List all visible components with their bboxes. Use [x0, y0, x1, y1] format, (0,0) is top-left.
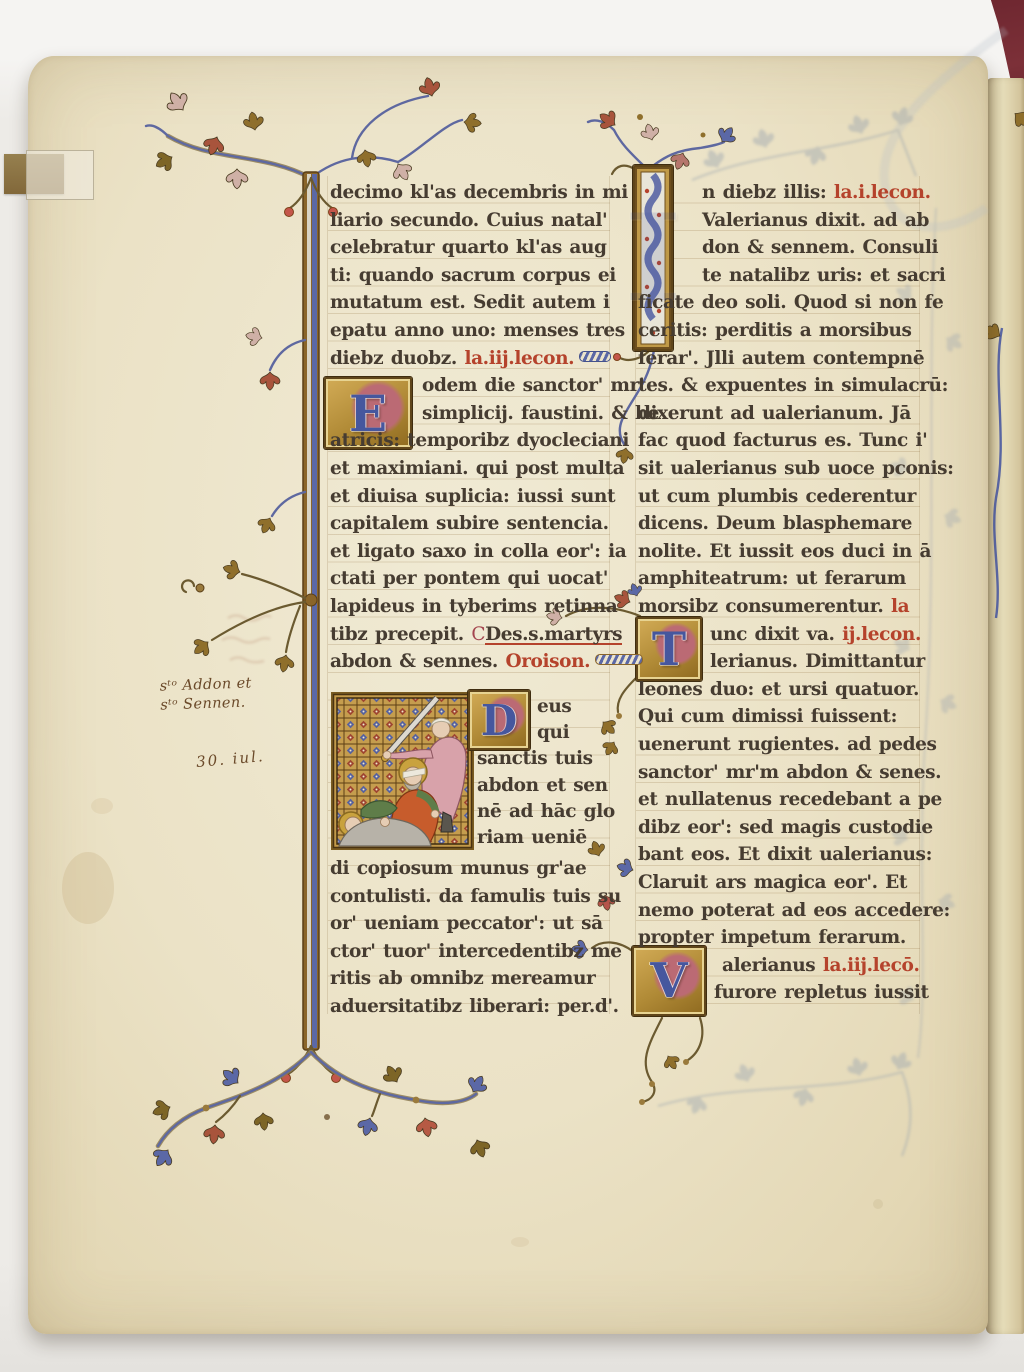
body-text: sanctor' mr'm abdon & senes. [638, 762, 941, 783]
text-line: lapideus in tyberims retinna [330, 594, 617, 621]
text-line: qui [477, 720, 569, 747]
body-text: odem die sanctor' mr' [422, 375, 644, 396]
text-line: sanctor' mr'm abdon & senes. [638, 760, 941, 787]
text-line: ritis ab omnibz mereamur [330, 966, 595, 993]
text-line: riam ueniē [477, 825, 587, 852]
body-text: tes. & expuentes in simulacrū: [638, 375, 948, 396]
text-line: ut cum plumbis cederentur [638, 484, 916, 511]
body-text: nē ad hāc glo [477, 801, 615, 822]
rubric-text: la.i.lecon. [834, 182, 931, 203]
text-line: don & sennem. Consuli [638, 235, 938, 262]
body-text: dixerunt ad ualerianum. Jā [638, 403, 911, 424]
body-text: lapideus in tyberims retinna [330, 596, 617, 617]
line-filler [595, 654, 643, 665]
rubric-text: la [891, 596, 909, 617]
text-line: ctati per pontem qui uocat' [330, 566, 608, 593]
body-text: Valerianus dixit. ad ab [702, 210, 929, 231]
body-text: don & sennem. Consuli [702, 237, 938, 258]
body-text: simplicij. faustini. & be [422, 403, 659, 424]
rubric-text: la.iij.lecō. [823, 955, 920, 976]
body-text: uenerunt rugientes. ad pedes [638, 734, 937, 755]
body-text: abdon & sennes. [330, 651, 506, 672]
text-line: abdon et sen [477, 773, 608, 800]
line-filler [579, 351, 611, 362]
body-text: or' ueniam peccator': ut sā [330, 913, 603, 934]
text-line: ferar'. Jlli autem contempnē [638, 346, 924, 373]
body-text: leones duo: et ursi quatuor. [638, 679, 919, 700]
body-text: ritis ab omnibz mereamur [330, 968, 595, 989]
body-text: diebz duobz. [330, 348, 464, 369]
body-text: aduersitatibz liberari: per.d'. [330, 996, 619, 1017]
text-line: te natalibz uris: et sacri [638, 263, 945, 290]
text-line: uenerunt rugientes. ad pedes [638, 732, 937, 759]
body-text: ti: quando sacrum corpus ei [330, 265, 616, 286]
text-line: diebz duobz. la.iij.lecon. [330, 346, 611, 373]
text-line: aduersitatibz liberari: per.d'. [330, 994, 619, 1021]
miniature-martyrdom-abdon-sennen [331, 692, 474, 850]
text-line: nolite. Et iussit eos duci in ā [638, 539, 931, 566]
text-line: capitalem subire sentencia. [330, 511, 609, 538]
text-line: di copiosum munus gr'ae [330, 856, 586, 883]
text-line: nē ad hāc glo [477, 799, 615, 826]
text-line: decimo kl'as decembris in mi [330, 180, 628, 207]
body-text: tibz precepit. [330, 624, 471, 645]
text-line: dicens. Deum blasphemare [638, 511, 912, 538]
text-line: abdon & sennes. Oroison. [330, 649, 643, 676]
text-line: simplicij. faustini. & be [330, 401, 659, 428]
text-line: ti: quando sacrum corpus ei [330, 263, 616, 290]
body-text: te natalibz uris: et sacri [702, 265, 945, 286]
body-text: ut cum plumbis cederentur [638, 486, 916, 507]
text-line: atricis: temporibz dyocleciani [330, 428, 629, 455]
left-text-column-lower: di copiosum munus gr'aecontulisti. da fa… [330, 856, 610, 1026]
body-text: nemo poterat ad eos accedere: [638, 900, 950, 921]
text-line: dibz eor': sed magis custodie [638, 815, 933, 842]
rubric-text: Oroison. [506, 651, 591, 672]
body-text: decimo kl'as decembris in mi [330, 182, 628, 203]
body-text: qui [537, 722, 569, 743]
body-text: abdon et sen [477, 775, 608, 796]
body-text: amphiteatrum: ut ferarum [638, 568, 906, 589]
body-text: et maximiani. qui post multa [330, 458, 624, 479]
body-text: sit ualerianus sub uoce pconis: [638, 458, 954, 479]
next-page-edge [986, 78, 1024, 1334]
text-line: Claruit ars magica eor'. Et [638, 870, 907, 897]
body-text: capitalem subire sentencia. [330, 513, 609, 534]
body-text: lerianus. Dimittantur [710, 651, 925, 672]
marginal-note-saints: sᵗᵒ Addon et sᵗᵒ Sennen. [159, 674, 252, 715]
text-line: propter impetum ferarum. [638, 925, 906, 952]
text-line: leones duo: et ursi quatuor. [638, 677, 919, 704]
manuscript-photo: .stem{fill:none;stroke:#5e68a0;stroke-wi… [0, 0, 1024, 1372]
body-text: et ligato saxo in colla eor': ia [330, 541, 626, 562]
text-line: eus [477, 694, 571, 721]
bookmark-tab [0, 146, 94, 204]
body-text: dibz eor': sed magis custodie [638, 817, 933, 838]
text-line: Qui cum dimissi fuissent: [638, 704, 897, 731]
text-line: odem die sanctor' mr' [330, 373, 644, 400]
body-text: morsibz consumerentur. [638, 596, 891, 617]
ruling-vertical [327, 176, 328, 1014]
left-text-beside-miniature: eusquisanctis tuisabdon et sennē ad hāc … [477, 694, 609, 854]
text-line: bant eos. Et dixit ualerianus: [638, 842, 932, 869]
text-line: dixerunt ad ualerianum. Jā [638, 401, 911, 428]
text-line: unc dixit va. ij.lecon. [638, 622, 921, 649]
marginal-note-line: sᵗᵒ Sennen. [160, 693, 253, 715]
text-line: et diuisa suplicia: iussi sunt [330, 484, 615, 511]
text-line: amphiteatrum: ut ferarum [638, 566, 906, 593]
rubric-text: ij.lecon. [842, 624, 921, 645]
text-line: mutatum est. Sedit autem i [330, 290, 610, 317]
text-line: contulisti. da famulis tuis su [330, 884, 621, 911]
next-page-vine [986, 78, 1024, 1334]
text-line: ficate deo soli. Quod si non fe [638, 290, 943, 317]
rubric-text: la.iij.lecon. [464, 348, 574, 369]
body-text: et nullatenus recedebant a pe [638, 789, 942, 810]
body-text: fac quod facturus es. Tunc i' [638, 430, 927, 451]
body-text: n diebz illis: [702, 182, 834, 203]
text-line: alerianus la.iij.lecō. [638, 953, 920, 980]
body-text: Qui cum dimissi fuissent: [638, 706, 897, 727]
body-text: ceritis: perditis a morsibus [638, 320, 912, 341]
body-text: celebratur quarto kl'as aug [330, 237, 607, 258]
right-text-column: n diebz illis: la.i.lecon.Valerianus dix… [638, 180, 920, 1010]
body-text: furore repletus iussit [714, 982, 929, 1003]
text-line: ctor' tuor' intercedentibz me [330, 939, 622, 966]
body-text: dicens. Deum blasphemare [638, 513, 912, 534]
text-line: nemo poterat ad eos accedere: [638, 898, 950, 925]
text-line: furore repletus iussit [638, 980, 929, 1007]
body-text: nolite. Et iussit eos duci in ā [638, 541, 931, 562]
body-text: ficate deo soli. Quod si non fe [638, 292, 943, 313]
text-line: et maximiani. qui post multa [330, 456, 624, 483]
text-line: liario secundo. Cuius natal' [330, 208, 607, 235]
text-line: et nullatenus recedebant a pe [638, 787, 942, 814]
text-line: tibz precepit. CDes.s.martyrs [330, 622, 622, 649]
text-line: et ligato saxo in colla eor': ia [330, 539, 626, 566]
text-line: morsibz consumerentur. la [638, 594, 909, 621]
text-line: Valerianus dixit. ad ab [638, 208, 929, 235]
text-line: sanctis tuis [477, 746, 593, 773]
bookmark-tab-tape [26, 150, 94, 200]
text-line: or' ueniam peccator': ut sā [330, 911, 603, 938]
body-text: ctor' tuor' intercedentibz me [330, 941, 622, 962]
text-line: fac quod facturus es. Tunc i' [638, 428, 927, 455]
body-text: di copiosum munus gr'ae [330, 858, 586, 879]
body-text: liario secundo. Cuius natal' [330, 210, 607, 231]
body-text: C [471, 624, 485, 645]
body-text: mutatum est. Sedit autem i [330, 292, 610, 313]
body-text: epatu anno uno: menses tres [330, 320, 625, 341]
body-text: propter impetum ferarum. [638, 927, 906, 948]
body-text: sanctis tuis [477, 748, 593, 769]
text-line: celebratur quarto kl'as aug [330, 235, 607, 262]
text-line: n diebz illis: la.i.lecon. [638, 180, 931, 207]
body-text: contulisti. da famulis tuis su [330, 886, 621, 907]
body-text: Des.s.martyrs [485, 624, 622, 645]
body-text: bant eos. Et dixit ualerianus: [638, 844, 932, 865]
text-line: tes. & expuentes in simulacrū: [638, 373, 948, 400]
body-text: atricis: temporibz dyocleciani [330, 430, 629, 451]
body-text: unc dixit va. [710, 624, 842, 645]
body-text: et diuisa suplicia: iussi sunt [330, 486, 615, 507]
body-text: ctati per pontem qui uocat' [330, 568, 608, 589]
text-line: sit ualerianus sub uoce pconis: [638, 456, 954, 483]
text-line: epatu anno uno: menses tres [330, 318, 625, 345]
body-text: alerianus [722, 955, 823, 976]
body-text: eus [537, 696, 571, 717]
body-text: riam ueniē [477, 827, 587, 848]
body-text: ferar'. Jlli autem contempnē [638, 348, 924, 369]
left-text-column-upper: decimo kl'as decembris in miliario secun… [330, 180, 610, 680]
body-text: Claruit ars magica eor'. Et [638, 872, 907, 893]
text-line: lerianus. Dimittantur [638, 649, 925, 676]
text-line: ceritis: perditis a morsibus [638, 318, 912, 345]
